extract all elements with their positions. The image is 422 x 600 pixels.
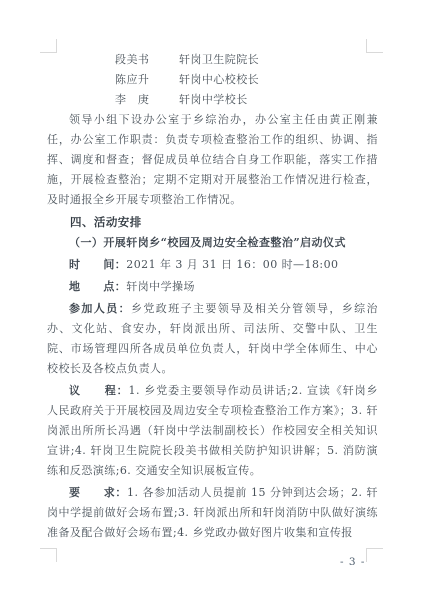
item-agenda-label: 议 程： xyxy=(69,384,129,397)
item-time: 时 间：2021 年 3 月 31 日 16：00 时—18:00 xyxy=(47,255,378,275)
page-number: - 3 - xyxy=(340,556,365,568)
roster-name: 陈应升 xyxy=(115,70,175,90)
roster-title: 轩岗中学校长 xyxy=(179,90,248,110)
item-time-value: 2021 年 3 月 31 日 16：00 时—18:00 xyxy=(126,258,338,271)
crop-mark-bottom-right-icon xyxy=(366,548,383,562)
roster-title: 轩岗卫生院院长 xyxy=(179,50,259,70)
item-location-value: 轩岗中学操场 xyxy=(126,280,195,293)
item-participants: 参加人员：乡党政班子主要领导及相关分管领导，乡综治办、文化站、食安办，轩岗派出所… xyxy=(47,299,378,379)
roster-row: 李 庚 轩岗中学校长 xyxy=(115,90,378,110)
item-participants-label: 参加人员： xyxy=(69,302,131,315)
roster-row: 段美书 轩岗卫生院院长 xyxy=(115,50,378,70)
roster-name: 段美书 xyxy=(115,50,175,70)
document-body: 段美书 轩岗卫生院院长 陈应升 轩岗中心校校长 李 庚 轩岗中学校长 领导小组下… xyxy=(47,50,378,543)
office-duty-paragraph: 领导小组下设办公室于乡综治办，办公室主任由黄正刚兼任，办公室工作职责：负责专项检… xyxy=(47,110,378,210)
leader-roster: 段美书 轩岗卫生院院长 陈应升 轩岗中心校校长 李 庚 轩岗中学校长 xyxy=(115,50,378,110)
crop-mark-bottom-left-icon xyxy=(40,548,57,562)
item-location-label: 地 点： xyxy=(69,280,126,293)
document-page: 段美书 轩岗卫生院院长 陈应升 轩岗中心校校长 李 庚 轩岗中学校长 领导小组下… xyxy=(0,0,422,600)
item-time-label: 时 间： xyxy=(69,258,126,271)
roster-row: 陈应升 轩岗中心校校长 xyxy=(115,70,378,90)
item-requirements: 要 求：1. 各参加活动人员提前 15 分钟到达会场；2. 轩岗中学提前做好会场… xyxy=(47,483,378,543)
roster-name: 李 庚 xyxy=(115,90,175,110)
subsection-heading-launch-ceremony: （一）开展轩岗乡“校园及周边安全检查整治”启动仪式 xyxy=(47,233,378,253)
item-agenda: 议 程：1. 乡党委主要领导作动员讲话;2. 宣读《轩岗乡人民政府关于开展校园及… xyxy=(47,381,378,481)
item-requirements-label: 要 求： xyxy=(69,486,127,499)
section-heading-activity-plan: 四、活动安排 xyxy=(47,213,378,233)
roster-title: 轩岗中心校校长 xyxy=(179,70,259,90)
item-location: 地 点：轩岗中学操场 xyxy=(47,277,378,297)
item-agenda-value: 1. 乡党委主要领导作动员讲话;2. 宣读《轩岗乡人民政府关于开展校园及周边安全… xyxy=(47,384,378,477)
